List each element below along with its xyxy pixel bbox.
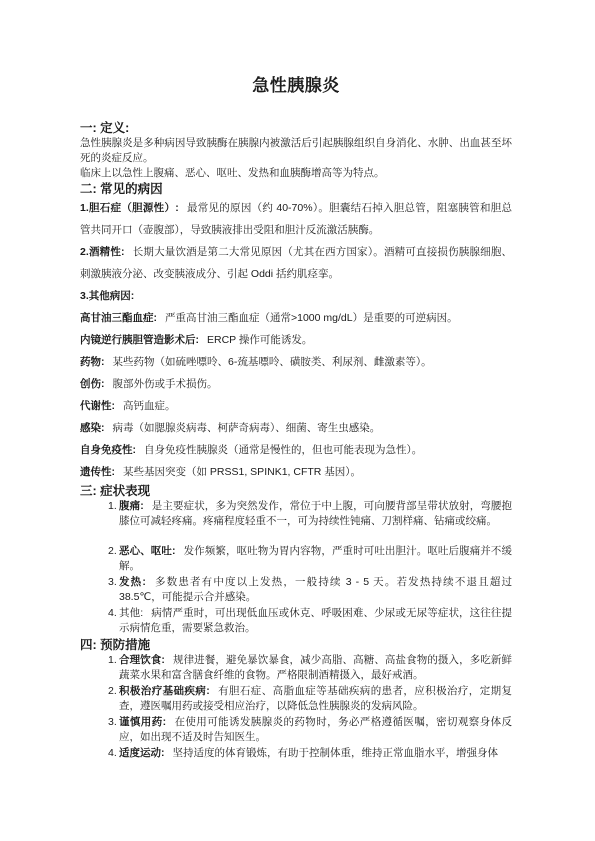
symptom-item: 2. 恶心、呕吐:发作频繁，呕吐物为胃内容物，严重时可吐出胆汁。呕吐后腹痛并不缓… — [80, 544, 512, 574]
section-prevention: 四: 预防措施 1. 合理饮食:规律进餐，避免暴饮暴食，减少高脂、高糖、高盐食物… — [80, 637, 512, 761]
prevention-item: 4. 适度运动:坚持适度的体育锻炼，有助于控制体重，维持正常血脂水平，增强身体 — [80, 746, 512, 761]
section-symptoms-heading: 三: 症状表现 — [80, 483, 512, 499]
symptom-text: 是主要症状，多为突然发作，常位于中上腹，可向腰背部呈带状放射，弯腰抱膝位可减轻疼… — [119, 500, 512, 527]
prevention-item: 1. 合理饮食:规律进餐，避免暴饮暴食，减少高脂、高糖、高盐食物的摄入，多吃新鲜… — [80, 653, 512, 683]
cause-label: 1.胆石症（胆源性）: — [80, 202, 179, 214]
list-number: 1. — [108, 499, 119, 529]
list-number: 4. — [108, 746, 119, 761]
cause-text: 腹部外伤或手术损伤。 — [113, 378, 218, 390]
definition-paragraph: 急性胰腺炎是多种病因导致胰酶在胰腺内被激活后引起胰腺组织自身消化、水肿、出血甚至… — [80, 136, 512, 166]
cause-paragraph: 内镜逆行胰胆管造影术后:ERCP 操作可能诱发。 — [80, 329, 512, 351]
cause-label: 代谢性: — [80, 400, 115, 412]
symptom-text: 多数患者有中度以上发热，一般持续 3 - 5 天。若发热持续不退且超过 38.5… — [119, 576, 512, 603]
cause-label: 自身免疫性: — [80, 444, 136, 456]
list-number: 4. — [108, 606, 119, 636]
list-number: 2. — [108, 684, 119, 714]
section-definition-heading: 一: 定义: — [80, 120, 512, 136]
prevention-label: 合理饮食: — [119, 654, 165, 666]
cause-label: 遗传性: — [80, 466, 115, 478]
cause-paragraph: 创伤:腹部外伤或手术损伤。 — [80, 373, 512, 395]
cause-text: 自身免疫性胰腺炎（通常是慢性的，但也可能表现为急性）。 — [144, 444, 422, 456]
prevention-label: 积极治疗基础疾病: — [119, 685, 210, 697]
cause-paragraph: 自身免疫性:自身免疫性胰腺炎（通常是慢性的，但也可能表现为急性）。 — [80, 439, 512, 461]
cause-text: 某些药物（如硫唑嘌呤、6-巯基嘌呤、磺胺类、利尿剂、雌激素等）。 — [113, 356, 432, 368]
cause-label: 内镜逆行胰胆管造影术后: — [80, 334, 199, 346]
prevention-item: 3. 谨慎用药:在使用可能诱发胰腺炎的药物时，务必严格遵循医嘱，密切观察身体反应… — [80, 715, 512, 745]
cause-label: 创伤: — [80, 378, 105, 390]
document-page: 急性胰腺炎 一: 定义: 急性胰腺炎是多种病因导致胰酶在胰腺内被激活后引起胰腺组… — [0, 0, 595, 841]
cause-text: 病毒（如腮腺炎病毒、柯萨奇病毒）、细菌、寄生虫感染。 — [113, 422, 381, 434]
symptom-label: 腹痛: — [119, 500, 144, 512]
section-prevention-heading: 四: 预防措施 — [80, 637, 512, 653]
cause-text: 某些基因突变（如 PRSS1, SPINK1, CFTR 基因）。 — [123, 466, 361, 478]
symptom-item: 3. 发热:多数患者有中度以上发热，一般持续 3 - 5 天。若发热持续不退且超… — [80, 575, 512, 605]
cause-paragraph: 3.其他病因: — [80, 285, 512, 307]
section-definition: 一: 定义: 急性胰腺炎是多种病因导致胰酶在胰腺内被激活后引起胰腺组织自身消化、… — [80, 120, 512, 181]
symptom-text: 病情严重时，可出现低血压或休克、呼吸困难、少尿或无尿等症状，这往往提示病情危重，… — [119, 607, 512, 634]
section-symptoms: 三: 症状表现 1. 腹痛:是主要症状，多为突然发作，常位于中上腹，可向腰背部呈… — [80, 483, 512, 636]
symptom-label: 其他: — [119, 607, 143, 619]
cause-label: 感染: — [80, 422, 105, 434]
list-number: 3. — [108, 715, 119, 745]
cause-label: 2.酒精性: — [80, 246, 125, 258]
cause-label: 高甘油三酯血症: — [80, 312, 157, 324]
cause-paragraph: 代谢性:高钙血症。 — [80, 395, 512, 417]
symptom-item: 1. 腹痛:是主要症状，多为突然发作，常位于中上腹，可向腰背部呈带状放射，弯腰抱… — [80, 499, 512, 529]
list-number: 1. — [108, 653, 119, 683]
symptom-label: 恶心、呕吐: — [119, 545, 175, 557]
prevention-label: 适度运动: — [119, 747, 165, 759]
cause-label: 3.其他病因: — [80, 290, 134, 302]
cause-paragraph: 2.酒精性:长期大量饮酒是第二大常见原因（尤其在西方国家）。酒精可直接损伤胰腺细… — [80, 241, 512, 285]
section-causes: 二: 常见的病因 1.胆石症（胆源性）:最常见的原因（约 40-70%）。胆囊结… — [80, 181, 512, 483]
symptom-text: 发作频繁，呕吐物为胃内容物，严重时可吐出胆汁。呕吐后腹痛并不缓解。 — [119, 545, 512, 572]
prevention-list: 1. 合理饮食:规律进餐，避免暴饮暴食，减少高脂、高糖、高盐食物的摄入，多吃新鲜… — [80, 653, 512, 761]
prevention-item: 2. 积极治疗基础疾病:有胆石症、高脂血症等基础疾病的患者，应积极治疗，定期复查… — [80, 684, 512, 714]
cause-text: 高钙血症。 — [123, 400, 176, 412]
cause-text: ERCP 操作可能诱发。 — [207, 334, 312, 346]
symptom-item: 4. 其他:病情严重时，可出现低血压或休克、呼吸困难、少尿或无尿等症状，这往往提… — [80, 606, 512, 636]
cause-text: 严重高甘油三酯血症（通常>1000 mg/dL）是重要的可逆病因。 — [165, 312, 458, 324]
prevention-label: 谨慎用药: — [119, 716, 166, 728]
cause-label: 药物: — [80, 356, 105, 368]
section-causes-heading: 二: 常见的病因 — [80, 181, 512, 197]
symptoms-list: 1. 腹痛:是主要症状，多为突然发作，常位于中上腹，可向腰背部呈带状放射，弯腰抱… — [80, 499, 512, 636]
cause-text: 长期大量饮酒是第二大常见原因（尤其在西方国家）。酒精可直接损伤胰腺细胞、刺激胰液… — [80, 246, 512, 280]
cause-paragraph: 遗传性:某些基因突变（如 PRSS1, SPINK1, CFTR 基因）。 — [80, 461, 512, 483]
cause-paragraph: 高甘油三酯血症:严重高甘油三酯血症（通常>1000 mg/dL）是重要的可逆病因… — [80, 307, 512, 329]
cause-paragraph: 药物:某些药物（如硫唑嘌呤、6-巯基嘌呤、磺胺类、利尿剂、雌激素等）。 — [80, 351, 512, 373]
cause-paragraph: 感染:病毒（如腮腺炎病毒、柯萨奇病毒）、细菌、寄生虫感染。 — [80, 417, 512, 439]
prevention-text: 规律进餐，避免暴饮暴食，减少高脂、高糖、高盐食物的摄入，多吃新鲜蔬菜水果和富含膳… — [119, 654, 512, 681]
cause-paragraph: 1.胆石症（胆源性）:最常见的原因（约 40-70%）。胆囊结石掉入胆总管，阻塞… — [80, 197, 512, 241]
symptom-label: 发热: — [119, 576, 146, 588]
list-number: 3. — [108, 575, 119, 605]
list-number: 2. — [108, 544, 119, 574]
prevention-text: 在使用可能诱发胰腺炎的药物时，务必严格遵循医嘱，密切观察身体反应，如出现不适及时… — [119, 716, 512, 743]
prevention-text: 坚持适度的体育锻炼，有助于控制体重，维持正常血脂水平，增强身体 — [173, 747, 499, 759]
page-title: 急性胰腺炎 — [80, 76, 512, 96]
definition-paragraph: 临床上以急性上腹痛、恶心、呕吐、发热和血胰酶增高等为特点。 — [80, 166, 512, 181]
